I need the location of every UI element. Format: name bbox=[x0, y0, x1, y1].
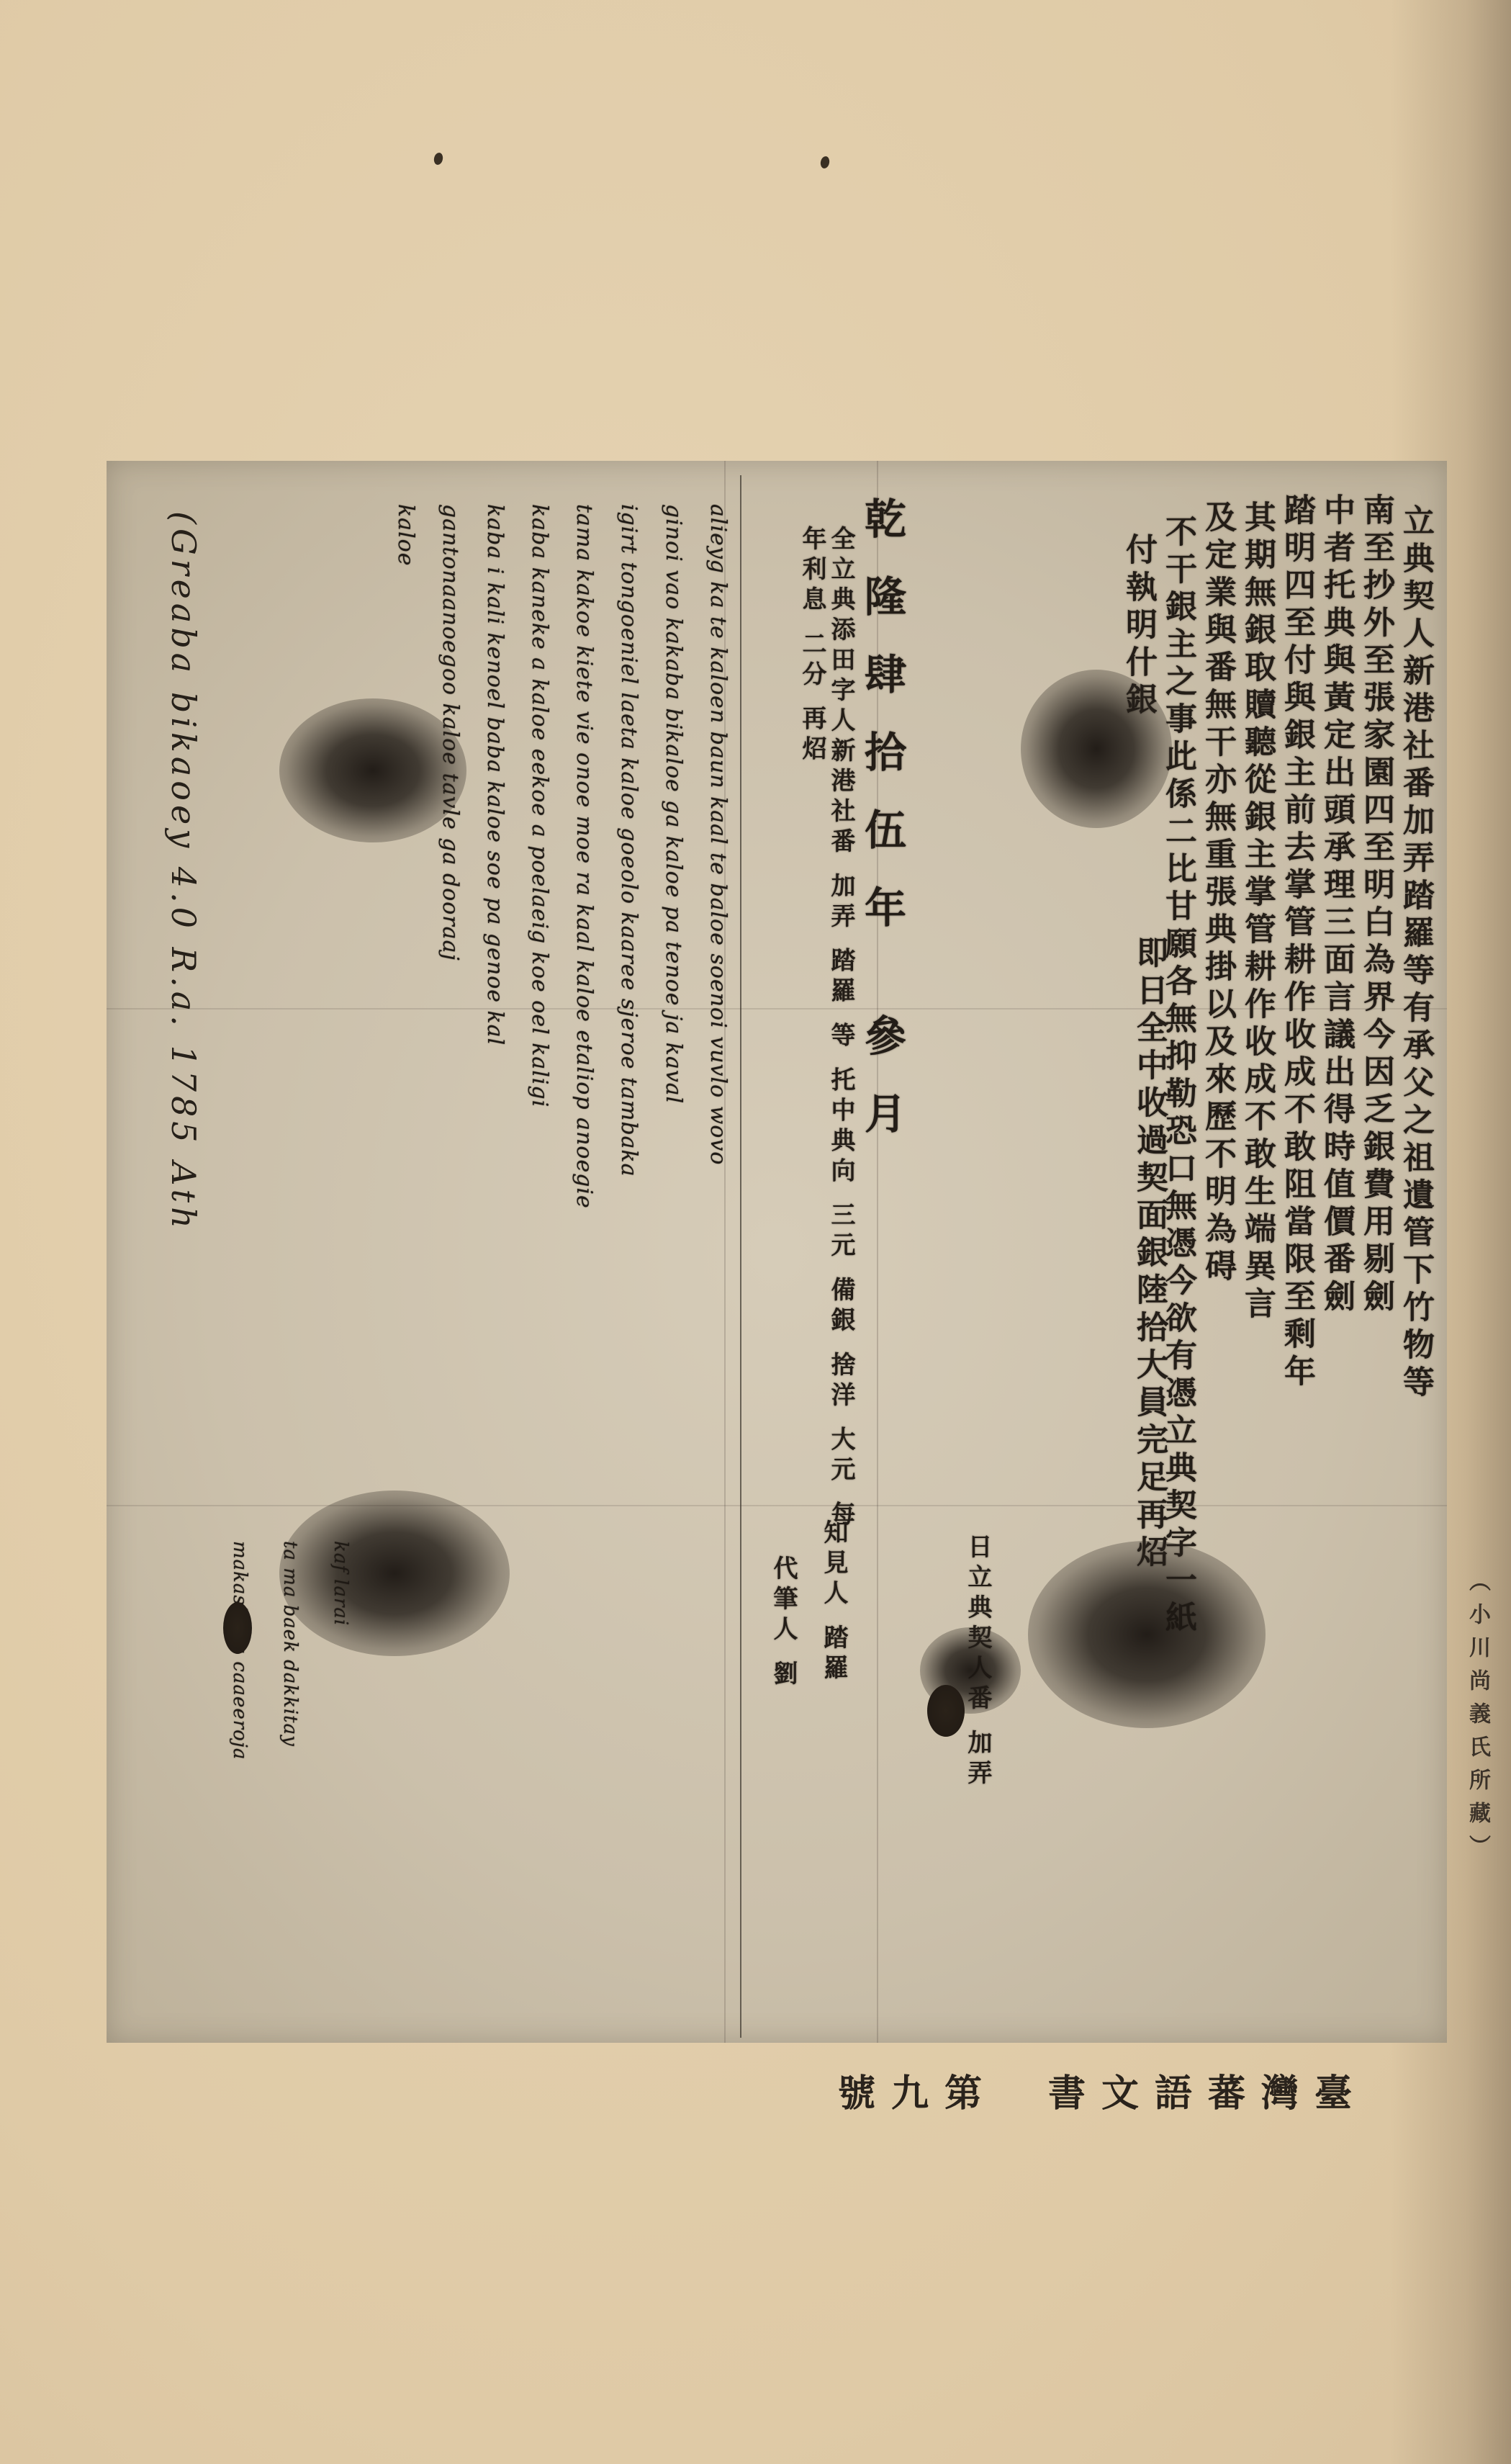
document-photo-plate: 立典契人新港社番加弄踏羅等有承父之祖遺管下竹物等 南至抄外至張家園四至明白為界今… bbox=[107, 461, 1447, 2043]
chinese-text-column: 南至抄外至張家園四至明白為界今因乏銀費用剔劍 bbox=[1356, 493, 1396, 1977]
page-speck bbox=[433, 152, 443, 166]
ink-stain bbox=[279, 1490, 510, 1656]
deed-date-column: 乾隆肆拾伍年 參月 bbox=[852, 497, 912, 1289]
signatory-column: 知見人 踏羅 bbox=[819, 1519, 848, 1836]
plate-caption: 號九第 書文語蕃灣臺 bbox=[792, 2061, 1368, 2118]
chinese-text-column: 踏明四至付與銀主前去掌管耕作收成不敢阻當限至剩年 bbox=[1276, 493, 1317, 1977]
ink-stain bbox=[1021, 670, 1172, 828]
sinkan-line: ginoi vao kakaba bikaloe ga kaloe pa ten… bbox=[651, 504, 695, 2002]
seal-stamp bbox=[223, 1602, 252, 1654]
sinkan-line: alieyg ka te kaloen baun kaal te baloe s… bbox=[695, 504, 740, 2002]
page-speck bbox=[819, 156, 830, 169]
signatory-column: 代筆人 劉 bbox=[769, 1555, 798, 1858]
book-page: 立典契人新港社番加弄踏羅等有承父之祖遺管下竹物等 南至抄外至張家園四至明白為界今… bbox=[0, 0, 1511, 2464]
caption-title: 書文語蕃灣臺 bbox=[1048, 2063, 1368, 2117]
chinese-text-column: 立典契人新港社番加弄踏羅等有承父之祖遺管下竹物等 bbox=[1395, 504, 1435, 1980]
collection-credit-note: （小川尚義氏所藏） bbox=[1461, 1570, 1493, 1868]
caption-plate-number: 號九第 bbox=[838, 2063, 998, 2117]
column-divider-line bbox=[740, 475, 741, 2038]
sinkan-line: kaba i kali kenoel baba kaloe soe pa gen… bbox=[472, 504, 517, 2002]
witness-column: 全立典添田字人新港社番 加弄 踏羅 等 托中典向 三元 備銀 捨洋 大元 每年利… bbox=[798, 526, 855, 1534]
ink-stain bbox=[1028, 1541, 1266, 1728]
chinese-text-column: 及定業與番無干亦無重張典掛以及來歷不明為碍 bbox=[1197, 500, 1237, 1977]
seal-stamp bbox=[927, 1685, 965, 1737]
chinese-text-column: 中者托典與黃定出頭承理三面言議出得時值價番劍 bbox=[1316, 493, 1356, 1977]
sinkan-line: tama kakoe kiete vie onoe moe ra kaal ka… bbox=[561, 504, 606, 2002]
sinkan-line: igirt tongoeniel laeta kaloe goeolo kaar… bbox=[606, 504, 651, 2002]
ink-stain bbox=[279, 698, 466, 842]
margin-date-note: (Greaba bikaoey 4.0 R.a. 1785 Ath bbox=[164, 511, 203, 1303]
sinkan-line: kaba kaneke a kaloe eekoe a poelaeig koe… bbox=[517, 504, 561, 2002]
chinese-text-column: 其期無銀取贖聽從銀主掌管耕作收成不敢生端異言 bbox=[1237, 500, 1277, 1977]
